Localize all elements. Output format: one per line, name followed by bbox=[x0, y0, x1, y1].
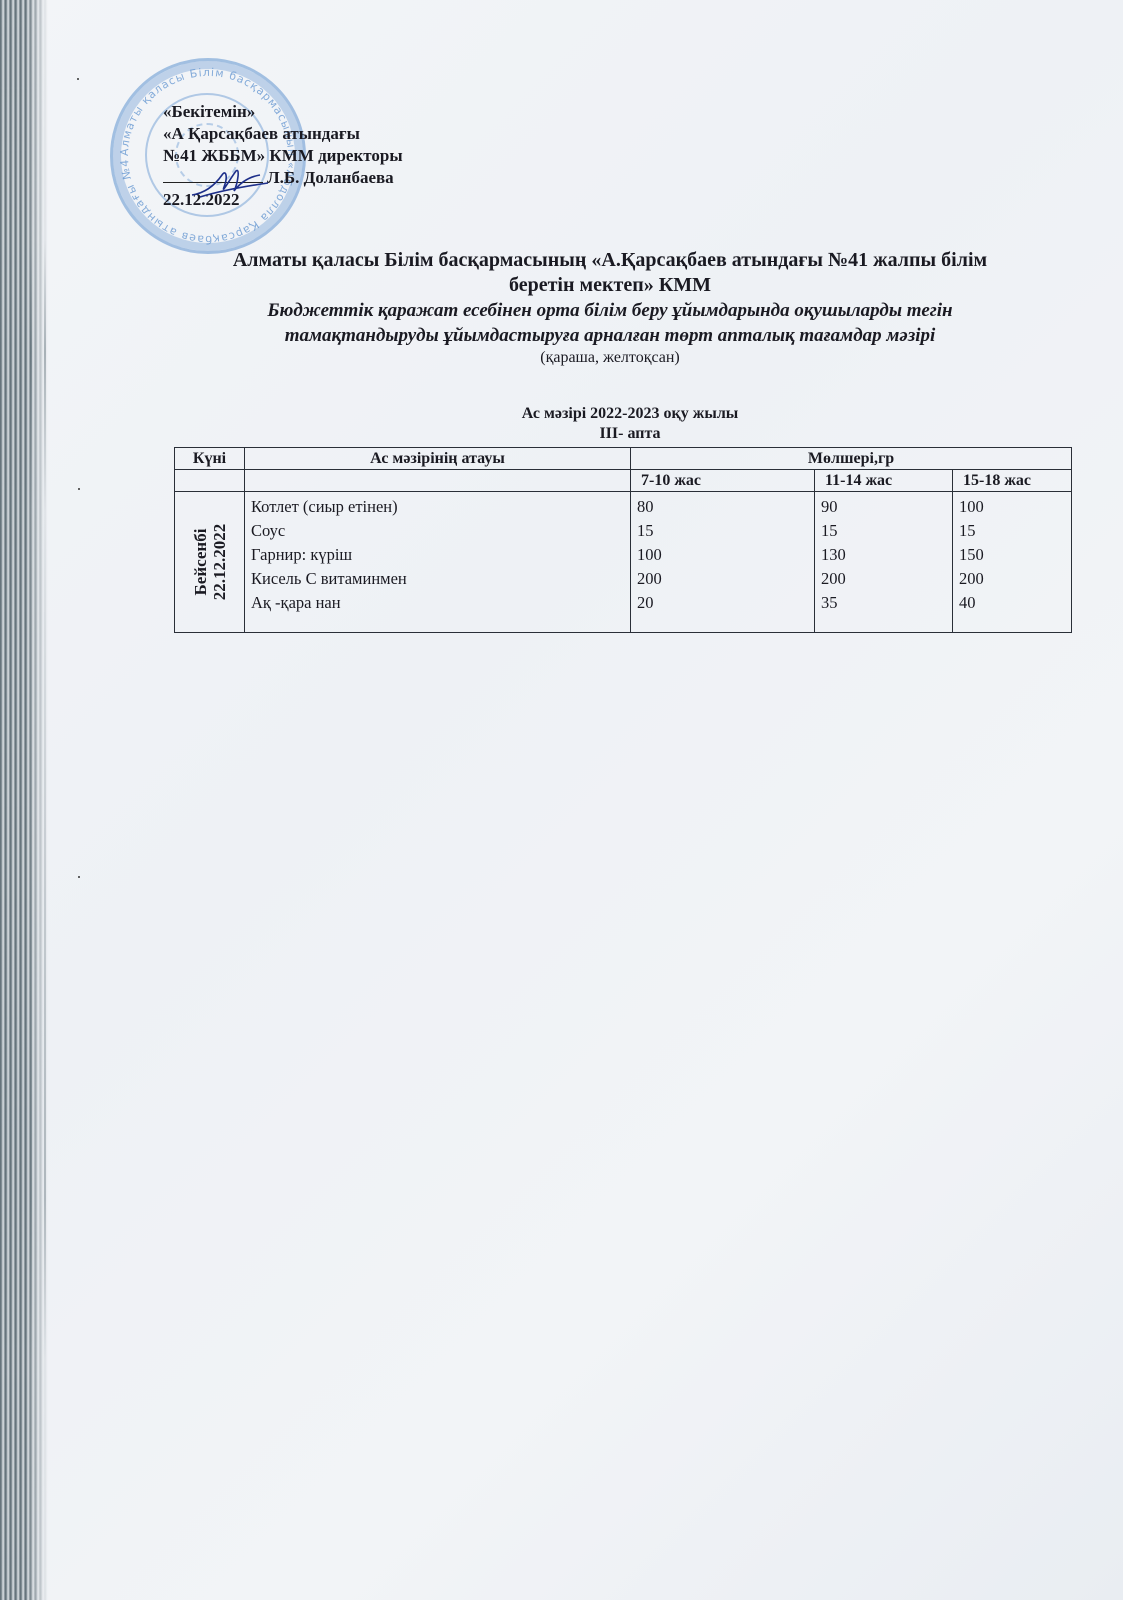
dish-amount: 130 bbox=[821, 543, 946, 567]
scan-dust bbox=[78, 488, 80, 490]
header-amount: Мөлшері,гр bbox=[631, 448, 1072, 470]
subtitle-line-2: тамақтандыруды ұйымдастыруға арналған тө… bbox=[150, 323, 1070, 348]
amount-cell-7-10: 801510020020 bbox=[631, 492, 815, 633]
dish-name: Кисель С витаминмен bbox=[251, 567, 624, 591]
menu-heading: Ас мәзірі 2022-2023 оқу жылы ІІІ- апта bbox=[170, 404, 1090, 444]
dish-name: Котлет (сиыр етінен) bbox=[251, 495, 624, 519]
approval-director-title: №41 ЖББМ» КММ директоры bbox=[163, 145, 403, 167]
title-line-1: Алматы қаласы Білім басқармасының «А.Қар… bbox=[150, 248, 1070, 273]
scan-edge-shadow bbox=[0, 0, 48, 1600]
menu-week: ІІІ- апта bbox=[170, 424, 1090, 444]
dish-amount: 15 bbox=[821, 519, 946, 543]
dish-amount: 80 bbox=[637, 495, 808, 519]
dish-amount: 200 bbox=[821, 567, 946, 591]
header-dish-name: Ас мәзірінің атауы bbox=[245, 448, 631, 470]
approval-school: «А Қарсақбаев атындағы bbox=[163, 123, 403, 145]
header-age-15-18: 15-18 жас bbox=[953, 470, 1072, 492]
scan-streak bbox=[44, 0, 46, 1600]
scan-dust bbox=[78, 876, 80, 878]
dish-amount: 100 bbox=[959, 495, 1065, 519]
scan-dust bbox=[77, 78, 79, 80]
subheader-empty bbox=[175, 470, 245, 492]
dish-amount: 100 bbox=[637, 543, 808, 567]
months-note: (қараша, желтоқсан) bbox=[150, 348, 1070, 368]
dish-names-cell: Котлет (сиыр етінен)СоусГарнир: күрішКис… bbox=[245, 492, 631, 633]
dish-name: Гарнир: күріш bbox=[251, 543, 624, 567]
signature-icon bbox=[190, 165, 270, 201]
amount-cell-15-18: 1001515020040 bbox=[953, 492, 1072, 633]
dish-amount: 15 bbox=[637, 519, 808, 543]
header-age-11-14: 11-14 жас bbox=[815, 470, 953, 492]
day-date: 22.12.2022 bbox=[210, 524, 229, 601]
day-cell: Бейсенбі22.12.2022 bbox=[175, 492, 245, 633]
day-name: Бейсенбі bbox=[191, 524, 210, 601]
subheader-row: 7-10 жас 11-14 жас 15-18 жас bbox=[175, 470, 1072, 492]
dish-amount: 35 bbox=[821, 591, 946, 615]
dish-name: Соус bbox=[251, 519, 624, 543]
approval-heading: «Бекітемін» bbox=[163, 101, 403, 123]
dish-amount: 200 bbox=[959, 567, 1065, 591]
table-row: Бейсенбі22.12.2022Котлет (сиыр етінен)Со… bbox=[175, 492, 1072, 633]
dish-amount: 40 bbox=[959, 591, 1065, 615]
header-day: Күні bbox=[175, 448, 245, 470]
dish-amount: 90 bbox=[821, 495, 946, 519]
dish-amount: 200 bbox=[637, 567, 808, 591]
amount-cell-11-14: 901513020035 bbox=[815, 492, 953, 633]
scan-streak bbox=[30, 0, 32, 1600]
title-line-2: беретін мектеп» КММ bbox=[150, 273, 1070, 298]
subtitle-line-1: Бюджеттік қаражат есебінен орта білім бе… bbox=[150, 298, 1070, 323]
dish-amount: 20 bbox=[637, 591, 808, 615]
approval-signatory: Л.Б. Доланбаева bbox=[267, 168, 394, 187]
dish-name: Ақ -қара нан bbox=[251, 591, 624, 615]
menu-table: Күні Ас мәзірінің атауы Мөлшері,гр 7-10 … bbox=[174, 447, 1072, 633]
header-row: Күні Ас мәзірінің атауы Мөлшері,гр bbox=[175, 448, 1072, 470]
menu-year: Ас мәзірі 2022-2023 оқу жылы bbox=[170, 404, 1090, 424]
document-title-block: Алматы қаласы Білім басқармасының «А.Қар… bbox=[150, 248, 1070, 368]
day-label: Бейсенбі22.12.2022 bbox=[191, 524, 229, 601]
header-age-7-10: 7-10 жас bbox=[631, 470, 815, 492]
subheader-empty bbox=[245, 470, 631, 492]
dish-amount: 150 bbox=[959, 543, 1065, 567]
dish-amount: 15 bbox=[959, 519, 1065, 543]
